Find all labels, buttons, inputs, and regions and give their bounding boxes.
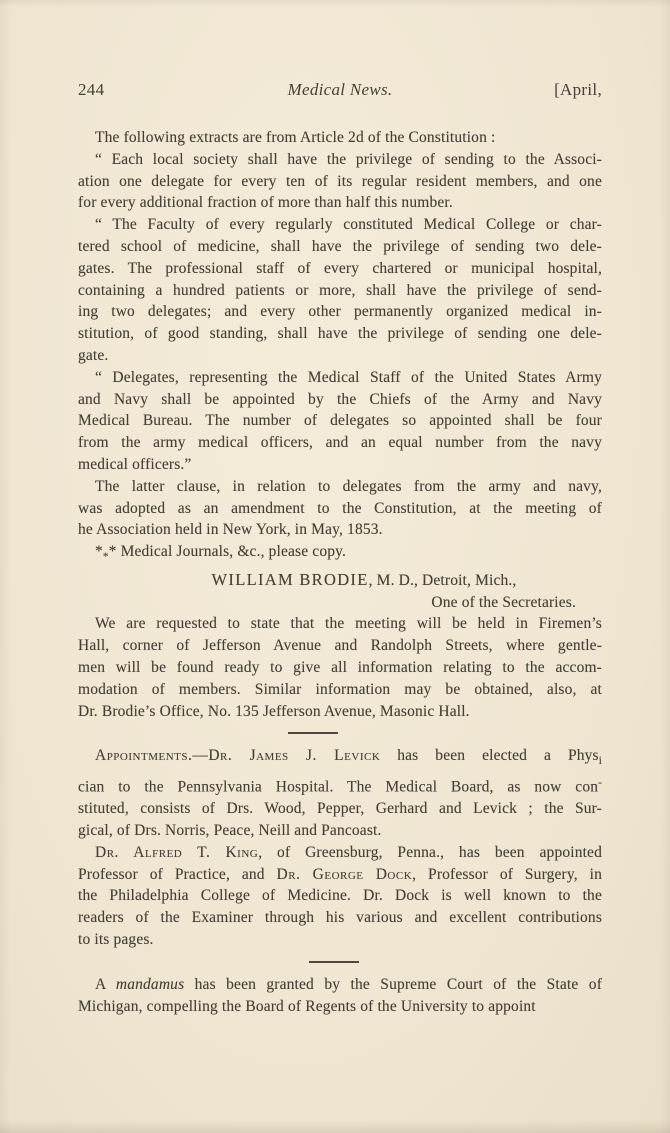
page-number: 244: [78, 79, 188, 100]
text-line: men will be found ready to give all info…: [78, 657, 602, 679]
text-line: Dr. Alfred T. King, of Greensburg, Penna…: [78, 842, 602, 864]
text-line: Dr. Brodie’s Office, No. 135 Jefferson A…: [78, 701, 602, 723]
intro-paragraph: The following extracts are from Article …: [78, 127, 602, 149]
signature-name: WILLIAM BRODIE, M. D., Detroit, Mich.,: [78, 569, 602, 592]
text-line: The following extracts are from Article …: [78, 127, 602, 149]
text-line: gates. The professional staff of every c…: [78, 258, 602, 280]
issue-label: [April,: [492, 79, 602, 100]
text-line: for every additional fraction of more th…: [78, 192, 602, 214]
text-line: Michigan, compelling the Board of Regent…: [78, 996, 602, 1018]
text-line: readers of the Examiner through his vari…: [78, 907, 602, 929]
text-line: “ Each local society shall have the priv…: [78, 149, 602, 171]
text-line: stitution, of good standing, shall have …: [78, 323, 602, 345]
text-line: “ Delegates, representing the Medical St…: [78, 367, 602, 389]
text-line: containing a hundred patients or more, s…: [78, 280, 602, 302]
text-line: ing two delegates; and every other perma…: [78, 301, 602, 323]
text-line: “ The Faculty of every regularly constit…: [78, 214, 602, 236]
amendment-note-paragraph: The latter clause, in relation to delega…: [78, 476, 602, 541]
running-head: 244 Medical News. [April,: [78, 79, 602, 100]
text-line: was adopted as an amendment to the Const…: [78, 498, 602, 520]
text-line: modation of members. Similar information…: [78, 679, 602, 701]
text-line: he Association held in New York, in May,…: [78, 519, 602, 541]
journal-title: Medical News.: [188, 79, 492, 100]
text-line: Professor of Practice, and Dr. George Do…: [78, 864, 602, 886]
text-line: gical, of Drs. Norris, Peace, Neill and …: [78, 820, 602, 842]
text-line: and Navy shall be appointed by the Chief…: [78, 389, 602, 411]
page-body: The following extracts are from Article …: [78, 127, 602, 1017]
mandamus-paragraph: A mandamus has been granted by the Supre…: [78, 974, 602, 1018]
text-line: One of the Secretaries.: [78, 592, 602, 614]
signature-title: One of the Secretaries.: [78, 592, 602, 614]
text-line: tered school of medicine, shall have the…: [78, 236, 602, 258]
text-line: from the army medical officers, and an e…: [78, 432, 602, 454]
constitution-extract-2: “ The Faculty of every regularly constit…: [78, 214, 602, 367]
text-line: We are requested to state that the meeti…: [78, 613, 602, 635]
text-line: ation one delegate for every ten of its …: [78, 171, 602, 193]
separator-rule-2: [309, 961, 359, 963]
text-line: The latter clause, in relation to delega…: [78, 476, 602, 498]
text-line: cian to the Pennsylvania Hospital. The M…: [78, 773, 602, 798]
text-line: Hall, corner of Jefferson Avenue and Ran…: [78, 635, 602, 657]
text-line: Medical Bureau. The number of delegates …: [78, 410, 602, 432]
text-line: A mandamus has been granted by the Supre…: [78, 974, 602, 996]
constitution-extract-1: “ Each local society shall have the priv…: [78, 149, 602, 214]
journal-copy-note: *** Medical Journals, &c., please copy.: [78, 541, 602, 569]
text-line: gate.: [78, 345, 602, 367]
separator-rule-1: [288, 732, 338, 734]
meeting-location-paragraph: We are requested to state that the meeti…: [78, 613, 602, 722]
text-line: the Philadelphia College of Medicine. Dr…: [78, 885, 602, 907]
text-line: to its pages.: [78, 929, 602, 951]
constitution-extract-3: “ Delegates, representing the Medical St…: [78, 367, 602, 476]
king-dock-paragraph: Dr. Alfred T. King, of Greensburg, Penna…: [78, 842, 602, 951]
text-line: *** Medical Journals, &c., please copy.: [78, 541, 602, 569]
scanned-page: 244 Medical News. [April, The following …: [0, 0, 670, 1133]
appointments-paragraph: Appointments.—Dr. James J. Levick has be…: [78, 745, 602, 842]
text-line: WILLIAM BRODIE, M. D., Detroit, Mich.,: [78, 569, 602, 592]
text-line: medical officers.”: [78, 454, 602, 476]
text-line: stituted, consists of Drs. Wood, Pepper,…: [78, 798, 602, 820]
text-line: Appointments.—Dr. James J. Levick has be…: [78, 745, 602, 773]
